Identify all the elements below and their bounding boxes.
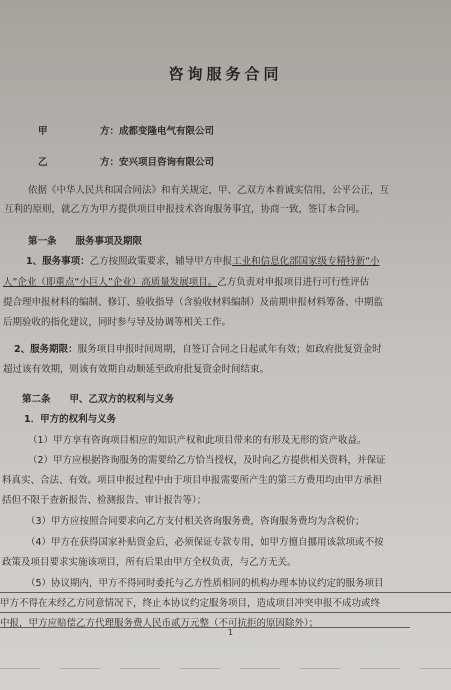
article1-item2-line: 超过该有效期，则该有效期自动顺延至政府批复资金时间结束。 — [3, 361, 269, 375]
clause-line: （3）甲方应按照合同要求向乙方支付相关咨询服务费，咨询服务费均为含税价； — [26, 513, 365, 527]
party-a: 甲方：成都变隆电气有限公司 — [38, 123, 214, 137]
party-a-value: 方：成都变隆电气有限公司 — [100, 126, 214, 137]
clause-line: （1）甲方享有咨询项目相应的知识产权和此项目带来的有形及无形的资产收益。 — [28, 432, 367, 446]
page-number: 1 — [228, 628, 233, 637]
clause-line: （5）协议期内，甲方不得同时委托与乙方性质相同的机构办理本协议约定的服务项目 — [26, 575, 384, 589]
preamble-line: 依据《中华人民共和国合同法》和有关规定，甲、乙双方本着诚实信用，公平公正，互 — [28, 182, 389, 196]
clause-line: 括但不限于查新报告、检测报告、审计报告等）； — [2, 492, 206, 506]
article2-heading: 第二条 甲、乙双方的权利与义务 — [22, 391, 174, 405]
pen-underline — [0, 627, 410, 628]
item1-project-name: 工业和信息化部国家级专精特新“小 — [232, 256, 379, 267]
article1-item1-line: 1、服务事项：乙方按照政策要求，辅导甲方申报工业和信息化部国家级专精特新“小 — [26, 253, 380, 267]
clause-line: （4）甲方在获得国家补贴资金后，必须保证专款专用，如甲方擅自挪用该款项或不按 — [26, 534, 384, 548]
item2-label: 2、服务期限： — [14, 344, 78, 355]
article1-item1-line: 人”企业（即重点“小巨人”企业）高质量发展项目。乙方负责对申报项目进行可行性评估 — [3, 274, 369, 288]
article1-item1-line: 提合理申报材料的编制、修订、验收指导（含验收材料编制）及前期申报材料筹备、中期监 — [3, 294, 383, 308]
page-edge-shadow — [0, 668, 451, 669]
clause-line: 政策及项目要求实施该项目，所有后果由甲方全权负责，与乙方无关。 — [2, 554, 297, 568]
item1-label: 1、服务事项： — [26, 256, 90, 267]
contract-page: 咨询服务合同 甲方：成都变隆电气有限公司 乙方：安兴项目咨询有限公司 依据《中华… — [0, 0, 451, 690]
article2-sub1: 1．甲方的权利与义务 — [24, 411, 116, 425]
party-a-label: 甲 — [38, 123, 100, 137]
pen-underline — [0, 612, 451, 613]
item2-text: 服务项目申报时间周期，自签订合同之日起贰年有效；如政府批复资金时 — [78, 344, 382, 355]
preamble-line: 互利的原则，就乙方为甲方提供项目申报技术咨询服务事宜，协商一致，签订本合同。 — [4, 201, 365, 215]
article1-heading: 第一条 服务事项及期限 — [28, 233, 142, 247]
item1-project-name-cont: 人”企业（即重点“小巨人”企业）高质量发展项目。 — [3, 277, 217, 288]
party-b-value: 方：安兴项目咨询有限公司 — [100, 157, 214, 168]
document-title: 咨询服务合同 — [0, 63, 451, 84]
clause-line: （2）甲方应根据咨询服务的需要给乙方恰当授权，及时向乙方提供相关资料，并保证 — [28, 452, 386, 466]
pen-underline — [0, 592, 451, 593]
clause-line: 甲方不得在未经乙方同意情况下，终止本协议约定服务项目，造成项目冲突申报不成功或终 — [0, 595, 380, 609]
article1-item1-line: 后期验收的指化建议，同时参与导及协调等相关工作。 — [3, 314, 231, 328]
item1-text: 乙方按照政策要求，辅导甲方申报 — [90, 256, 233, 267]
clause-line: 料真实、合法、有效。项目申报过程中由于项目申报需要所产生的第三方费用均由甲方承担 — [2, 472, 382, 486]
article1-item2-line: 2、服务期限：服务项目申报时间周期，自签订合同之日起贰年有效；如政府批复资金时 — [14, 341, 382, 355]
item1-text: 乙方负责对申报项目进行可行性评估 — [217, 277, 369, 288]
party-b-label: 乙 — [38, 154, 100, 168]
party-b: 乙方：安兴项目咨询有限公司 — [38, 154, 214, 168]
